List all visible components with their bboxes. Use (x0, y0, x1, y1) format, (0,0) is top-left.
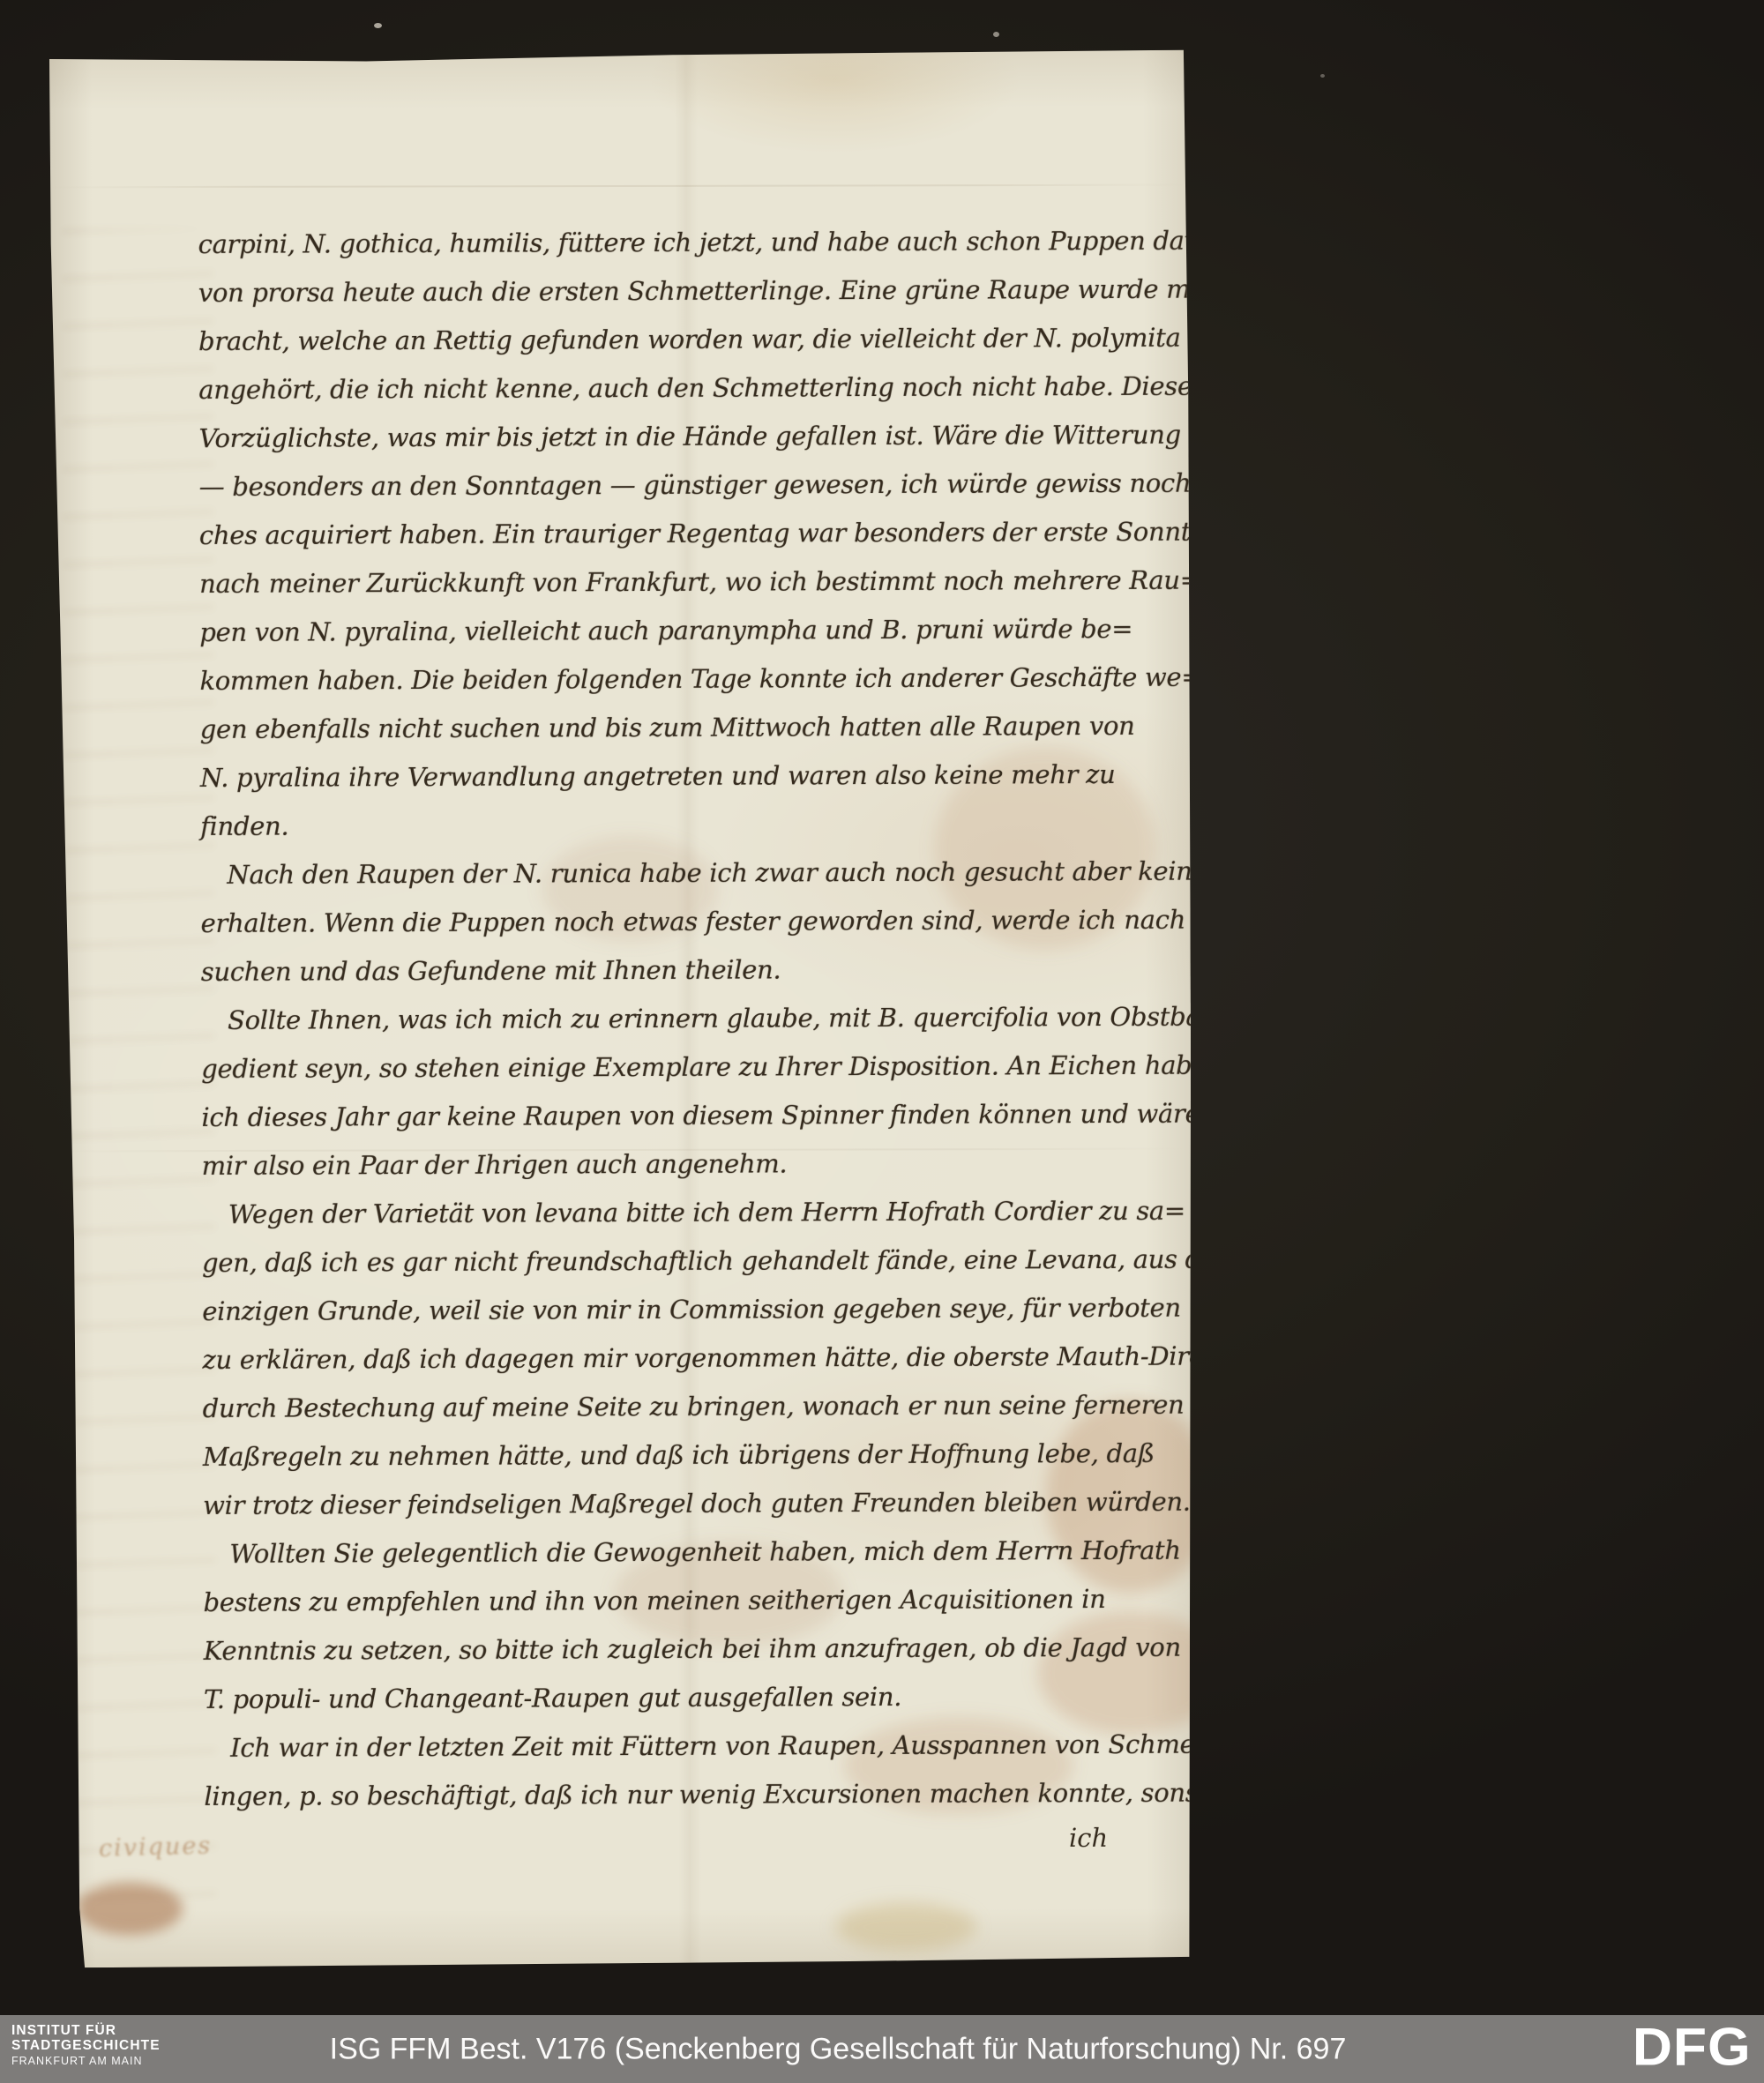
manuscript-line: einzigen Grunde, weil sie von mir in Com… (202, 1284, 1141, 1336)
manuscript-line: Wollten Sie gelegentlich die Gewogenheit… (203, 1527, 1142, 1579)
dust-speck (993, 32, 999, 37)
manuscript-line: wir trotz dieser feindseligen Maßregel d… (203, 1478, 1142, 1530)
manuscript-line: Wegen der Varietät von levana bitte ich … (202, 1187, 1141, 1239)
institution-name-line1: INSTITUT FÜR (11, 2023, 161, 2038)
manuscript-line: suchen und das Gefundene mit Ihnen theil… (201, 944, 1140, 997)
archive-reference: ISG FFM Best. V176 (Senckenberg Gesellsc… (330, 2032, 1347, 2066)
manuscript-line: bestens zu empfehlen und ihn von meinen … (203, 1575, 1142, 1627)
manuscript-line: gedient seyn, so stehen einige Exemplare… (201, 1041, 1140, 1094)
manuscript-line: gen, daß ich es gar nicht freundschaftli… (202, 1236, 1141, 1288)
dust-speck (374, 23, 382, 28)
info-bar: INSTITUT FÜR STADTGESCHICHTE FRANKFURT A… (0, 2015, 1764, 2083)
manuscript-line: finden. (200, 799, 1140, 851)
institution-logo: INSTITUT FÜR STADTGESCHICHTE FRANKFURT A… (11, 2023, 161, 2067)
institution-city: FRANKFURT AM MAIN (11, 2055, 161, 2067)
manuscript-line: Vorzüglichste, was mir bis jetzt in die … (198, 411, 1138, 463)
dfg-logo: DFG (1633, 2016, 1752, 2077)
scan-background: carpini, N. gothica, humilis, füttere ic… (0, 0, 1764, 2083)
institution-name-line2: STADTGESCHICHTE (11, 2038, 161, 2053)
manuscript-line: zu erklären, daß ich dagegen mir vorgeno… (202, 1333, 1141, 1385)
manuscript-line: T. populi- und Changeant-Raupen gut ausg… (204, 1672, 1143, 1724)
manuscript-line: Kenntnis zu setzen, so bitte ich zugleic… (204, 1624, 1143, 1676)
paper-crease (47, 184, 1189, 189)
manuscript-line: mir also ein Paar der Ihrigen auch angen… (202, 1139, 1141, 1191)
manuscript-line: durch Bestechung auf meine Seite zu brin… (203, 1381, 1142, 1433)
catchword: ich (1069, 1823, 1108, 1853)
manuscript-line: erhalten. Wenn die Puppen noch etwas fes… (200, 896, 1140, 948)
corner-stain (77, 1882, 183, 1935)
paper-stain (835, 1902, 976, 1951)
manuscript-line: nach meiner Zurückkunft von Frankfurt, w… (199, 556, 1139, 608)
manuscript-line: pen von N. pyralina, vielleicht auch par… (199, 605, 1139, 657)
manuscript-line: carpini, N. gothica, humilis, füttere ic… (198, 217, 1138, 269)
paper-sheet: carpini, N. gothica, humilis, füttere ic… (47, 50, 1193, 1968)
manuscript-line: Nach den Raupen der N. runica habe ich z… (200, 847, 1140, 900)
manuscript-line: angehört, die ich nicht kenne, auch den … (198, 362, 1138, 414)
verso-bleedthrough (63, 228, 216, 1904)
manuscript-text: carpini, N. gothica, humilis, füttere ic… (198, 217, 1144, 1821)
manuscript-line: — besonders an den Sonntagen — günstiger… (199, 459, 1139, 511)
manuscript-line: gen ebenfalls nicht suchen und bis zum M… (200, 702, 1140, 754)
dust-speck (1320, 74, 1325, 78)
manuscript-line: von prorsa heute auch die ersten Schmett… (198, 265, 1138, 317)
bleedthrough-word: civiques (99, 1832, 213, 1863)
manuscript-line: Maßregeln zu nehmen hätte, und daß ich ü… (203, 1430, 1142, 1482)
manuscript-line: kommen haben. Die beiden folgenden Tage … (199, 653, 1139, 706)
manuscript-line: bracht, welche an Rettig gefunden worden… (198, 314, 1138, 366)
manuscript-line: ich dieses Jahr gar keine Raupen von die… (201, 1090, 1140, 1142)
manuscript-line: Sollte Ihnen, was ich mich zu erinnern g… (201, 993, 1140, 1045)
manuscript-line: N. pyralina ihre Verwandlung angetreten … (200, 750, 1140, 803)
manuscript-line: lingen, p. so beschäftigt, daß ich nur w… (204, 1769, 1143, 1821)
manuscript-line: Ich war in der letzten Zeit mit Füttern … (204, 1721, 1143, 1773)
manuscript-line: ches acquiriert haben. Ein trauriger Reg… (199, 508, 1139, 560)
